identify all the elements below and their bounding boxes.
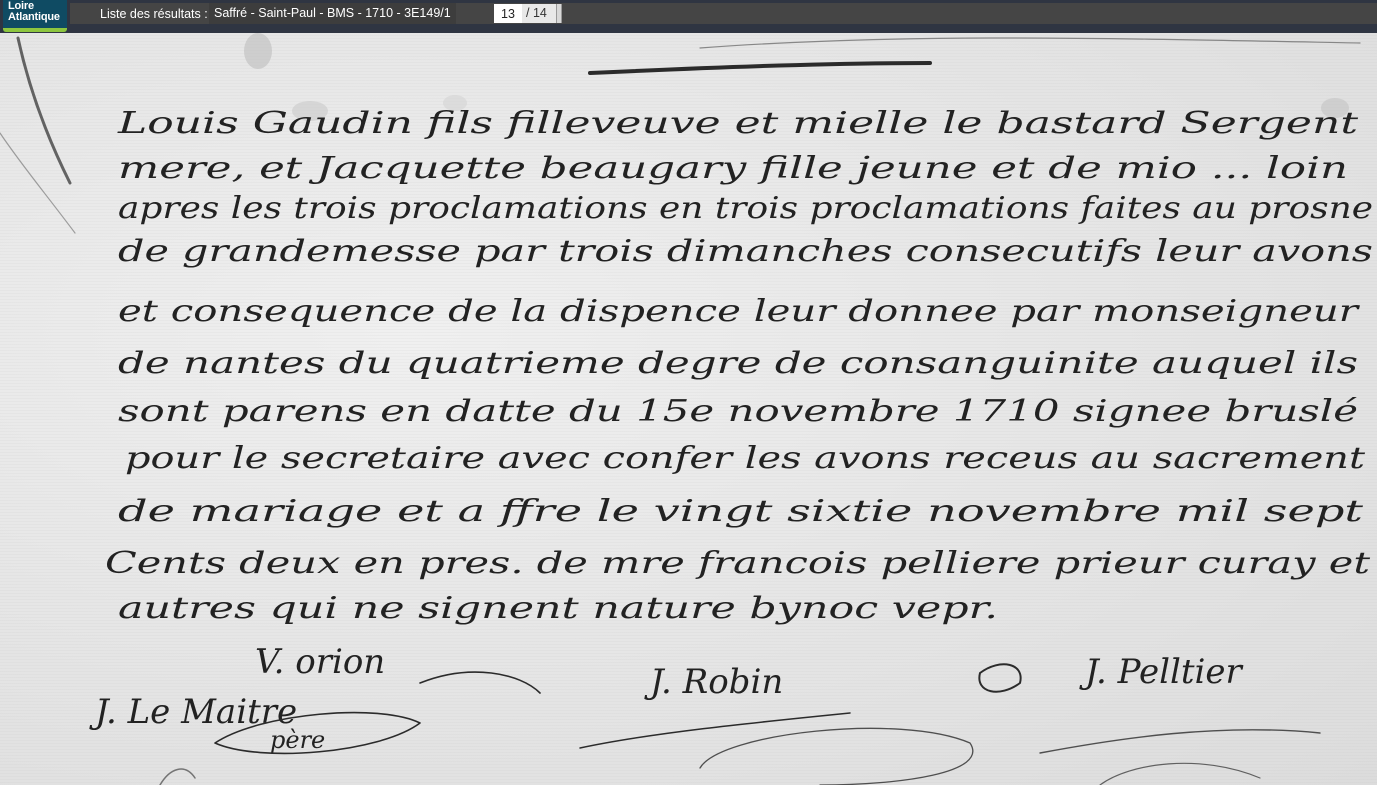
manuscript-line-10: Cents deux en pres. de mre francois pell… [105, 546, 1371, 581]
signature-robin: J. Robin [644, 662, 783, 702]
manuscript-scan: Louis Gaudin fils filleveuve et mielle l… [0, 33, 1377, 785]
manuscript-line-3: apres les trois proclamations en trois p… [118, 191, 1373, 226]
manuscript-line-6: de nantes du quatrieme degre de consangu… [118, 346, 1358, 381]
logo-text: Loire Atlantique [8, 1, 60, 23]
manuscript-line-4: de grandemesse par trois dimanches conse… [118, 234, 1373, 269]
document-image-viewer[interactable]: Louis Gaudin fils filleveuve et mielle l… [0, 33, 1377, 785]
manuscript-line-11: autres qui ne signent nature bynoc vepr. [118, 591, 998, 626]
manuscript-line-7: sont parens en datte du 15e novembre 171… [118, 394, 1358, 429]
loire-atlantique-logo[interactable]: Loire Atlantique [3, 0, 67, 32]
manuscript-line-1: Louis Gaudin fils filleveuve et mielle l… [117, 106, 1360, 141]
logo-accent-stripe [3, 28, 67, 32]
signature-pelltier: J. Pelltier [1079, 652, 1243, 692]
manuscript-line-5: et consequence de la dispence leur donne… [118, 294, 1360, 329]
page-number-input[interactable] [494, 4, 522, 23]
manuscript-line-9: de mariage et a ffre le vingt sixtie nov… [118, 494, 1364, 529]
page-navigator: / 14 [494, 4, 562, 23]
manuscript-line-2: mere, et Jacquette beaugary fille jeune … [118, 151, 1348, 186]
logo-line2: Atlantique [8, 12, 60, 23]
signature-pere: père [270, 726, 325, 754]
top-bar: Loire Atlantique Liste des résultats : S… [0, 0, 1377, 33]
pager-resize-handle[interactable] [556, 4, 562, 23]
document-title: Saffré - Saint-Paul - BMS - 1710 - 3E149… [209, 3, 456, 24]
results-list-label[interactable]: Liste des résultats : [100, 7, 208, 21]
signature-le-maitre: J. Le Maitre [89, 692, 297, 732]
page-total: / 14 [522, 4, 556, 23]
signature-orion: V. orion [255, 642, 385, 682]
manuscript-line-8: pour le secretaire avec confer les avons… [125, 441, 1366, 476]
